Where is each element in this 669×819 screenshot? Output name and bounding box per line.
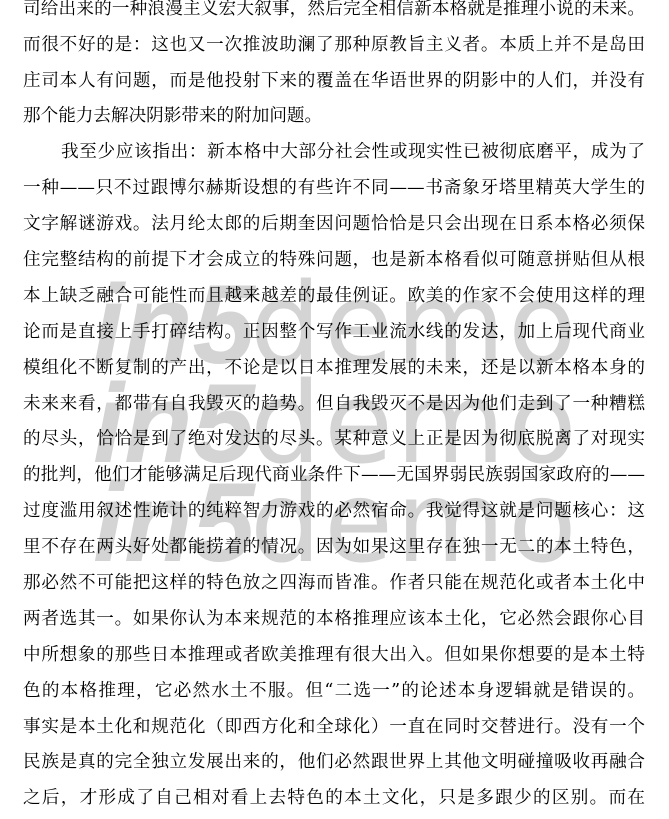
text-line: 本上缺乏融合可能性而且越来越差的最佳例证。欧美的作家不会使用这样的理 — [23, 279, 645, 315]
text-line: 而很不好的是：这也又一次推波助澜了那种原教旨主义者。本质上并不是岛田 — [23, 28, 645, 64]
text-line: 色的本格推理，它必然水土不服。但“二选一”的论述本身逻辑就是错误的。 — [23, 674, 645, 710]
paragraph: 司给出来的一种浪漫主义宏大叙事，然后完全相信新本格就是推理小说的未来。 而很不好… — [23, 0, 645, 135]
body-text: 司给出来的一种浪漫主义宏大叙事，然后完全相信新本格就是推理小说的未来。 而很不好… — [23, 0, 645, 817]
text-line: 之后，才形成了自己相对看上去特色的本土文化，只是多跟少的区别。而在 — [23, 781, 645, 817]
text-line: 未来来看，都带有自我毁灭的趋势。但自我毁灭不是因为他们走到了一种糟糕 — [23, 387, 645, 423]
text-line: 我至少应该指出：新本格中大部分社会性或现实性已被彻底磨平，成为了 — [23, 135, 645, 171]
text-line: 那个能力去解决阴影带来的附加问题。 — [23, 99, 645, 135]
text-line: 的尽头，恰恰是到了绝对发达的尽头。某种意义上正是因为彻底脱离了对现实 — [23, 422, 645, 458]
text-line: 两者选其一。如果你认为本来规范的本格推理应该本土化，它必然会跟你心目 — [23, 602, 645, 638]
text-line: 的批判，他们才能够满足后现代商业条件下——无国界弱民族弱国家政府的—— — [23, 458, 645, 494]
text-line: 一种——只不过跟博尔赫斯设想的有些许不同——书斋象牙塔里精英大学生的 — [23, 171, 645, 207]
text-line: 里不存在两头好处都能捞着的情况。因为如果这里存在独一无二的本土特色， — [23, 530, 645, 566]
text-line: 住完整结构的前提下才会成立的特殊问题，也是新本格看似可随意拼贴但从根 — [23, 243, 645, 279]
text-line: 文字解谜游戏。法月纶太郎的后期奎因问题恰恰是只会出现在日系本格必须保 — [23, 207, 645, 243]
text-line: 论而是直接上手打碎结构。正因整个写作工业流水线的发达，加上后现代商业 — [23, 315, 645, 351]
text-line: 过度滥用叙述性诡计的纯粹智力游戏的必然宿命。我觉得这就是问题核心：这 — [23, 494, 645, 530]
text-line: 民族是真的完全独立发展出来的，他们必然跟世界上其他文明碰撞吸收再融合 — [23, 745, 645, 781]
document-page: in5 demo in5 demo in5 demo 司给出来的一种浪漫主义宏大… — [0, 0, 669, 819]
paragraph: 我至少应该指出：新本格中大部分社会性或现实性已被彻底磨平，成为了 一种——只不过… — [23, 135, 645, 817]
text-line: 司给出来的一种浪漫主义宏大叙事，然后完全相信新本格就是推理小说的未来。 — [23, 0, 645, 28]
text-line: 那必然不可能把这样的特色放之四海而皆准。作者只能在规范化或者本土化中 — [23, 566, 645, 602]
text-line: 中所想象的那些日本推理或者欧美推理有很大出入。但如果你想要的是本土特 — [23, 638, 645, 674]
text-line: 庄司本人有问题，而是他投射下来的覆盖在华语世界的阴影中的人们，并没有 — [23, 64, 645, 100]
text-line: 事实是本土化和规范化（即西方化和全球化）一直在同时交替进行。没有一个 — [23, 710, 645, 746]
text-line: 模组化不断复制的产出，不论是以日本推理发展的未来，还是以新本格本身的 — [23, 351, 645, 387]
